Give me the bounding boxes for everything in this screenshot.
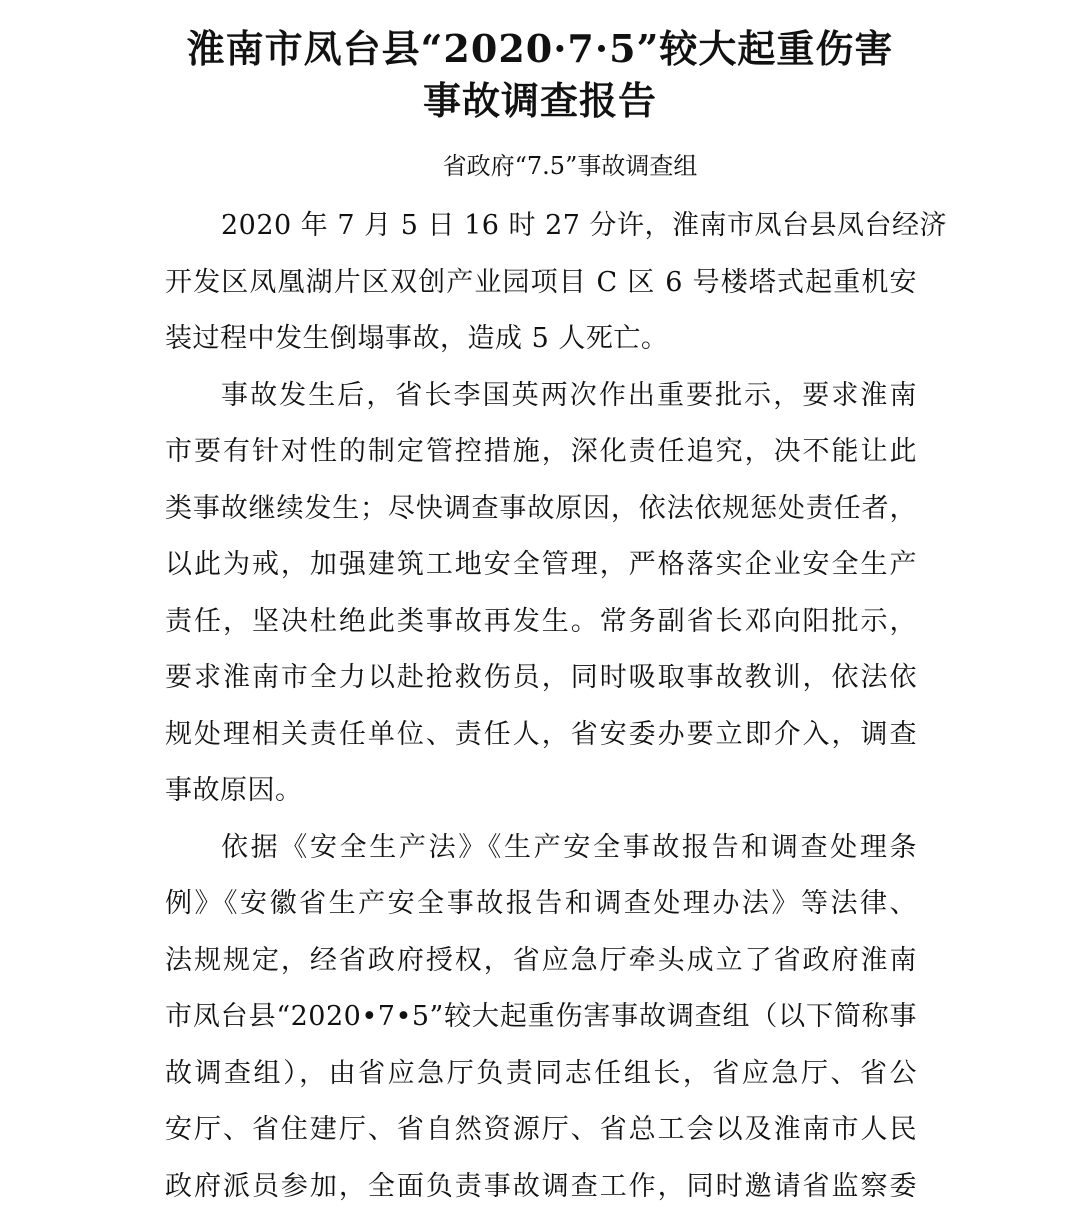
text-line: 例》《安徽省生产安全事故报告和调查处理办法》等法律、 xyxy=(165,876,917,933)
text-line: 市凤台县“2020•7•5”较大起重伤害事故调查组（以下简称事 xyxy=(165,989,917,1046)
report-author: 省政府“7.5”事故调查组 xyxy=(0,148,1080,184)
text-line: 开发区凤凰湖片区双创产业园项目 C 区 6 号楼塔式起重机安 xyxy=(165,255,917,312)
paragraph-investigation-basis: 依据《安全生产法》《生产安全事故报告和调查处理条 例》《安徽省生产安全事故报告和… xyxy=(165,820,917,1216)
report-title-line-1: 淮南市凤台县“2020·7·5”较大起重伤害 xyxy=(0,24,1080,74)
text-line: 安厅、省住建厅、省自然资源厅、省总工会以及淮南市人民 xyxy=(165,1102,917,1159)
text-line: 以此为戒，加强建筑工地安全管理，严格落实企业安全生产 xyxy=(165,537,917,594)
text-line: 政府派员参加，全面负责事故调查工作，同时邀请省监察委 xyxy=(165,1159,917,1216)
text-line: 类事故继续发生；尽快调查事故原因，依法依规惩处责任者， xyxy=(165,481,917,538)
text-line: 要求淮南市全力以赴抢救伤员，同时吸取事故教训，依法依 xyxy=(165,650,917,707)
report-body: 2020 年 7 月 5 日 16 时 27 分许，淮南市凤台县凤台经济 开发区… xyxy=(165,198,917,1215)
paragraph-incident-summary: 2020 年 7 月 5 日 16 时 27 分许，淮南市凤台县凤台经济 开发区… xyxy=(165,198,917,368)
text-line: 事故原因。 xyxy=(165,763,917,820)
text-line: 法规规定，经省政府授权，省应急厅牵头成立了省政府淮南 xyxy=(165,933,917,990)
text-line: 2020 年 7 月 5 日 16 时 27 分许，淮南市凤台县凤台经济 xyxy=(165,198,917,255)
text-line: 规处理相关责任单位、责任人，省安委办要立即介入，调查 xyxy=(165,707,917,764)
text-line: 依据《安全生产法》《生产安全事故报告和调查处理条 xyxy=(165,820,917,877)
text-line: 装过程中发生倒塌事故，造成 5 人死亡。 xyxy=(165,311,917,368)
report-title-line-2: 事故调查报告 xyxy=(0,76,1080,126)
text-line: 事故发生后，省长李国英两次作出重要批示，要求淮南 xyxy=(165,368,917,425)
paragraph-leadership-instructions: 事故发生后，省长李国英两次作出重要批示，要求淮南 市要有针对性的制定管控措施，深… xyxy=(165,368,917,820)
text-line: 市要有针对性的制定管控措施，深化责任追究，决不能让此 xyxy=(165,424,917,481)
text-line: 故调查组），由省应急厅负责同志任组长，省应急厅、省公 xyxy=(165,1046,917,1103)
text-line: 责任，坚决杜绝此类事故再发生。常务副省长邓向阳批示， xyxy=(165,594,917,651)
document-page: 淮南市凤台县“2020·7·5”较大起重伤害 事故调查报告 省政府“7.5”事故… xyxy=(0,0,1080,1222)
